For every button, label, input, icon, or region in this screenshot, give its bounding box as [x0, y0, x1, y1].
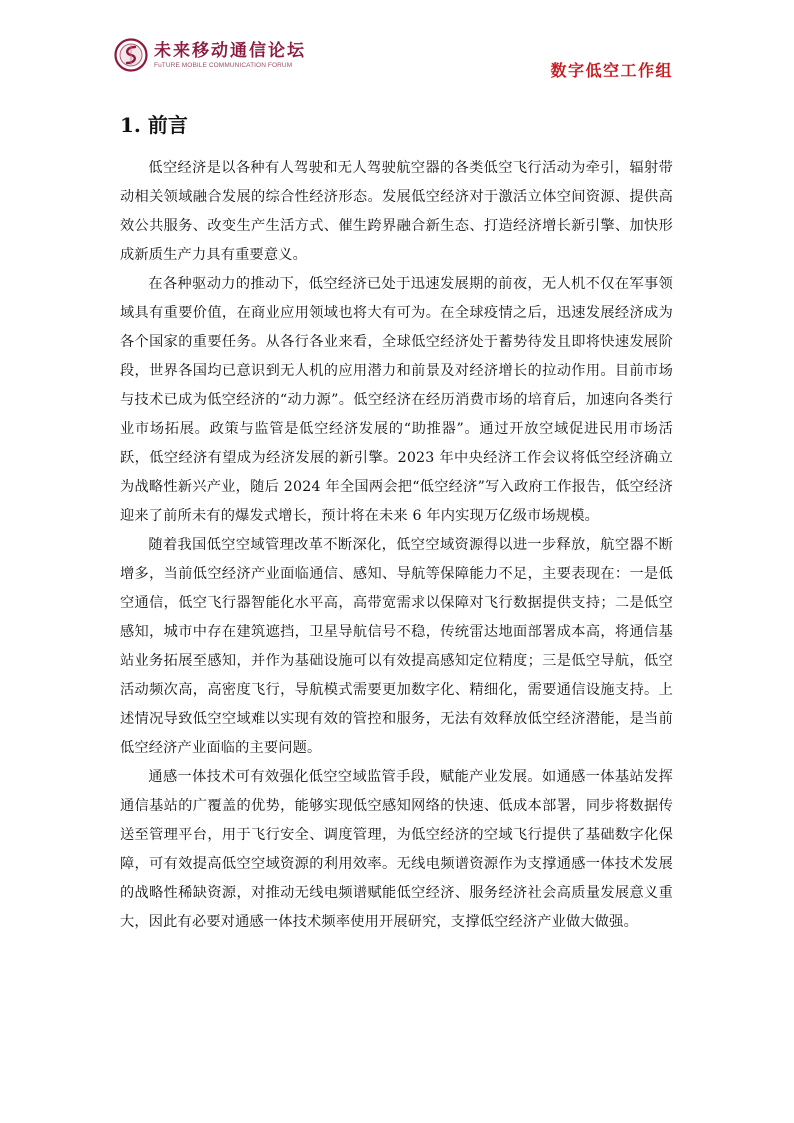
document-body: 1. 前言 低空经济是以各种有人驾驶和无人驾驶航空器的各类低空飞行活动为牵引，辐…	[120, 110, 673, 937]
forum-logo: 未来移动通信论坛 FuTURE MOBILE COMMUNICATION FOR…	[114, 38, 306, 72]
paragraph-1: 低空经济是以各种有人驾驶和无人驾驶航空器的各类低空飞行活动为牵引，辐射带动相关领…	[120, 154, 673, 270]
forum-title-en: FuTURE MOBILE COMMUNICATION FORUM	[154, 61, 306, 70]
forum-title-cn: 未来移动通信论坛	[154, 41, 306, 61]
paragraph-4: 通感一体技术可有效强化低空空域监管手段，赋能产业发展。如通感一体基站发挥通信基站…	[120, 763, 673, 937]
paragraph-3: 随着我国低空空域管理改革不断深化，低空空域资源得以进一步释放，航空器不断增多，当…	[120, 531, 673, 763]
forum-logo-icon	[114, 38, 148, 72]
page-header: 未来移动通信论坛 FuTURE MOBILE COMMUNICATION FOR…	[0, 0, 794, 100]
paragraph-2: 在各种驱动力的推动下，低空经济已处于迅速发展期的前夜，无人机不仅在军事领域具有重…	[120, 270, 673, 531]
working-group-name: 数字低空工作组	[550, 58, 673, 81]
section-title: 1. 前言	[120, 110, 673, 154]
